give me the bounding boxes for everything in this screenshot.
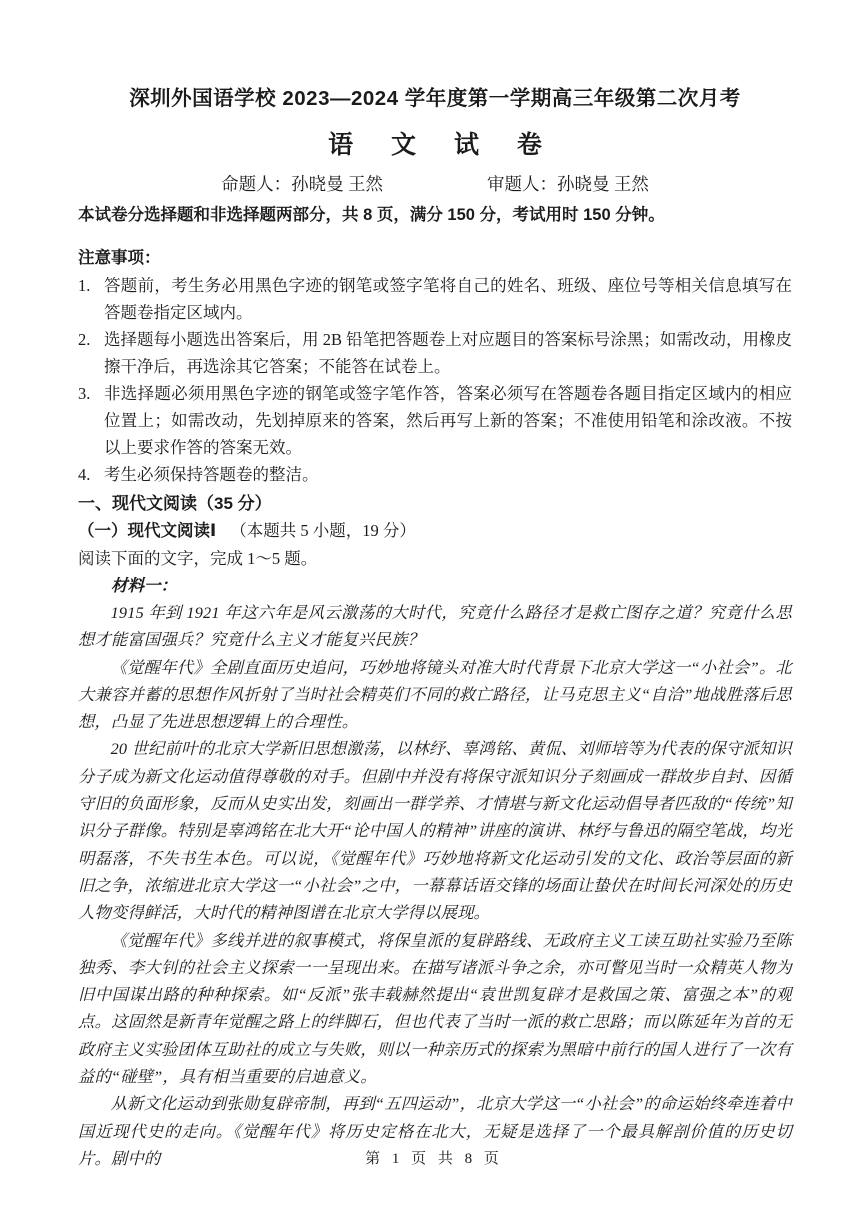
- notice-item-text: 非选择题必须用黑色字迹的钢笔或签字笔作答，答案必须写在答题卷各题目指定区域内的相…: [104, 380, 792, 461]
- material-paragraph: 《觉醒年代》多线并进的叙事模式，将保皇派的复辟路线、无政府主义工读互助社实验乃至…: [78, 927, 792, 1091]
- reviewer-label: 审题人：孙晓曼 王然: [487, 171, 649, 197]
- notice-item-number: 2.: [78, 326, 104, 380]
- exam-page: 深圳外国语学校 2023—2024 学年度第一学期高三年级第二次月考 语 文 试…: [0, 0, 868, 1227]
- notice-item-number: 4.: [78, 461, 104, 488]
- exam-header-title: 深圳外国语学校 2023—2024 学年度第一学期高三年级第二次月考: [78, 84, 792, 114]
- subsection-title: （一）现代文阅读Ⅰ: [78, 522, 216, 540]
- material-paragraph: 1915 年到 1921 年这六年是风云激荡的大时代，究竟什么路径才是救亡图存之…: [78, 599, 792, 654]
- notice-item: 4. 考生必须保持答题卷的整洁。: [78, 461, 792, 488]
- reading-instruction: 阅读下面的文字，完成 1～5 题。: [78, 545, 792, 572]
- notice-item-text: 答题前，考生务必用黑色字迹的钢笔或签字笔将自己的姓名、班级、座位号等相关信息填写…: [104, 272, 792, 326]
- page-footer: 第 1 页 共 8 页: [0, 1149, 868, 1169]
- notice-item: 2. 选择题每小题选出答案后，用 2B 铅笔把答题卷上对应题目的答案标号涂黑；如…: [78, 326, 792, 380]
- persons-row: 命题人：孙晓曼 王然 审题人：孙晓曼 王然: [78, 171, 792, 197]
- material-label: 材料一：: [78, 572, 792, 599]
- notice-item-text: 选择题每小题选出答案后，用 2B 铅笔把答题卷上对应题目的答案标号涂黑；如需改动…: [104, 326, 792, 380]
- notice-item-text: 考生必须保持答题卷的整洁。: [104, 461, 792, 488]
- notice-item: 3. 非选择题必须用黑色字迹的钢笔或签字笔作答，答案必须写在答题卷各题目指定区域…: [78, 380, 792, 461]
- paper-summary: 本试卷分选择题和非选择题两部分，共 8 页，满分 150 分，考试用时 150 …: [78, 202, 792, 228]
- notice-item: 1. 答题前，考生务必用黑色字迹的钢笔或签字笔将自己的姓名、班级、座位号等相关信…: [78, 272, 792, 326]
- paper-title: 语 文 试 卷: [78, 127, 792, 163]
- material-paragraph: 20 世纪前叶的北京大学新旧思想激荡，以林纾、辜鸿铭、黄侃、刘师培等为代表的保守…: [78, 735, 792, 926]
- material-paragraph: 《觉醒年代》全剧直面历史追问，巧妙地将镜头对准大时代背景下北京大学这一“小社会”…: [78, 654, 792, 736]
- section-heading: 一、现代文阅读（35 分）: [78, 490, 792, 517]
- subsection-heading: （一）现代文阅读Ⅰ （本题共 5 小题，19 分）: [78, 517, 792, 545]
- notice-item-number: 1.: [78, 272, 104, 326]
- subsection-note: （本题共 5 小题，19 分）: [230, 521, 416, 540]
- notice-heading: 注意事项：: [78, 245, 792, 272]
- setter-label: 命题人：孙晓曼 王然: [221, 171, 383, 197]
- notice-item-number: 3.: [78, 380, 104, 461]
